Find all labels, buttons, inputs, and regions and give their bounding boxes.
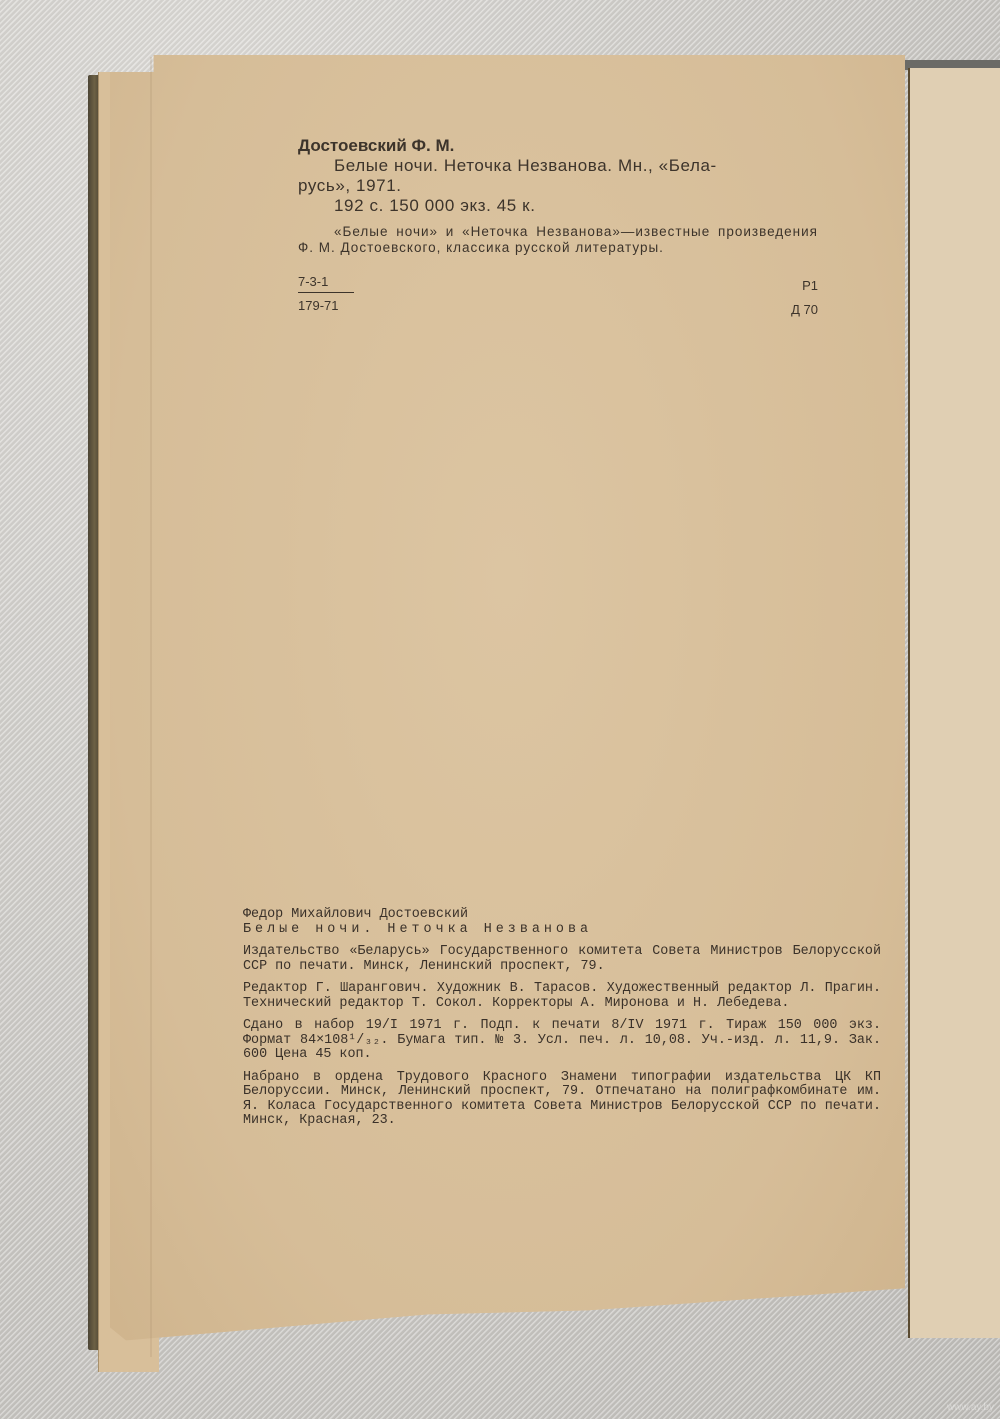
- fraction-numerator: 7-3-1: [298, 274, 354, 293]
- index-bottom: Д 70: [791, 298, 818, 322]
- watermark: www.ay.by: [947, 1402, 994, 1413]
- classification-index: Р1 Д 70: [791, 274, 818, 322]
- imprint-printing: Набрано в ордена Трудового Красного Знам…: [243, 1071, 881, 1129]
- classification-codes: 7-3-1 179-71 Р1 Д 70: [298, 274, 818, 318]
- imprint-credits: Редактор Г. Шарангович. Художник В. Тара…: [243, 982, 881, 1011]
- record-annotation: «Белые ночи» и «Неточка Незванова»—извес…: [298, 224, 818, 256]
- bibliographic-record: Достоевский Ф. М. Белые ночи. Неточка Не…: [298, 136, 818, 256]
- index-top: Р1: [791, 274, 818, 298]
- record-title-line-1: Белые ночи. Неточка Незванова. Мн., «Бел…: [298, 156, 818, 176]
- record-author: Достоевский Ф. М.: [298, 136, 818, 156]
- classification-fraction: 7-3-1 179-71: [298, 274, 354, 313]
- record-title-line-2: русь», 1971.: [298, 176, 818, 196]
- page-fold-line: [150, 57, 152, 1357]
- fraction-denominator: 179-71: [298, 293, 354, 313]
- facing-page: [908, 68, 1000, 1338]
- imprint-block: Федор Михайлович Достоевский Белые ночи.…: [243, 908, 881, 1137]
- imprint-publisher: Издательство «Беларусь» Государственного…: [243, 945, 881, 974]
- imprint-author: Федор Михайлович Достоевский: [243, 908, 881, 923]
- record-physical-description: 192 с. 150 000 экз. 45 к.: [298, 196, 818, 216]
- imprint-production: Сдано в набор 19/I 1971 г. Подп. к печат…: [243, 1019, 881, 1063]
- imprint-title: Белые ночи. Неточка Незванова: [243, 923, 881, 938]
